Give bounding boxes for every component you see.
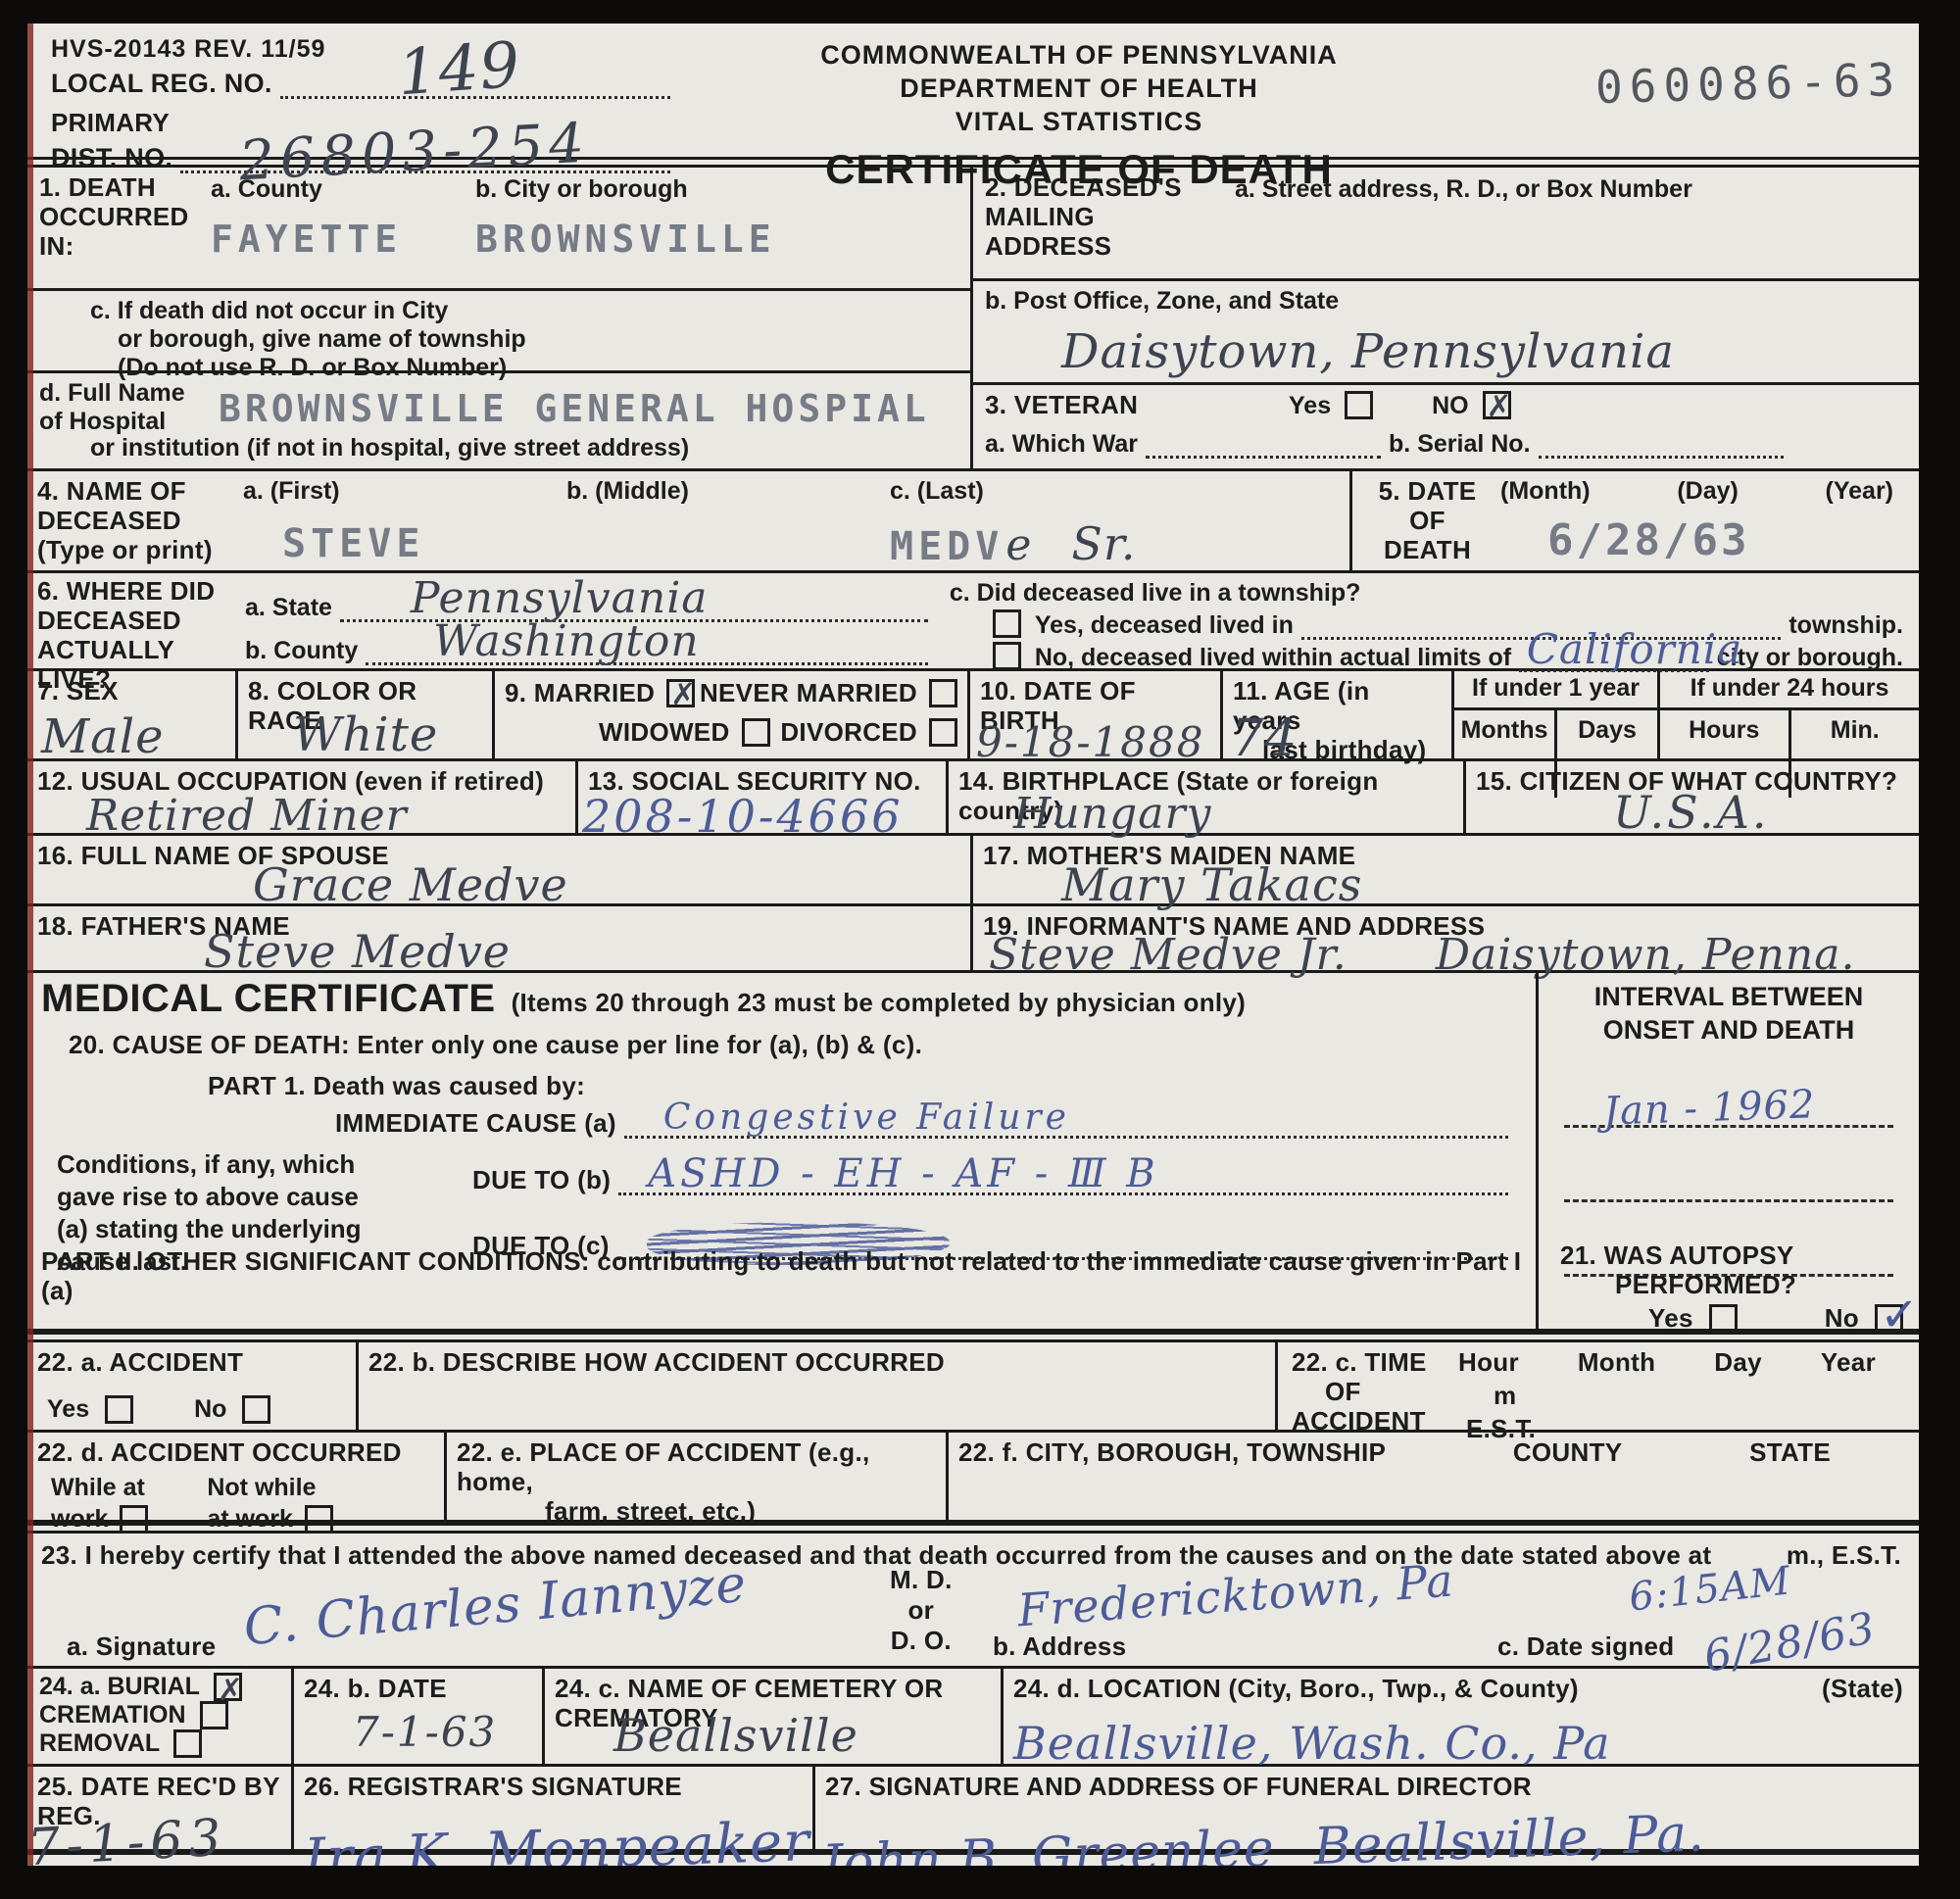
field-describe-accident: 22. b. DESCRIBE HOW ACCIDENT OCCURRED	[359, 1342, 1278, 1430]
value-registrar-signature: Ira K. Monpeaker	[303, 1810, 811, 1866]
header-right: 060086-63	[1480, 35, 1901, 157]
value-mother-maiden-name: Mary Takacs	[1061, 858, 1362, 911]
while-at-work-option: While at work	[51, 1472, 148, 1535]
time-headers: Hour Month Day Year	[1458, 1348, 1905, 1378]
date-of-death-grid: (Month) (Day) (Year) 6/28/63	[1489, 477, 1905, 564]
header-left: HVS-20143 REV. 11/59 LOCAL REG. NO. 149 …	[51, 35, 678, 157]
checkbox-accident-no	[242, 1395, 270, 1424]
value-funeral-director: John B. Greenlee Beallsville, Pa.	[820, 1804, 1705, 1866]
section-2-3-column: 2. DECEASED'S MAILING ADDRESS a. Street …	[973, 168, 1919, 468]
checkbox-veteran-yes	[1345, 391, 1373, 419]
value-post-office: Daisytown, Pennsylvania	[1061, 324, 1675, 379]
value-cemetery-location: Beallsville, Wash. Co., Pa	[1013, 1717, 1611, 1770]
value-county: FAYETTE	[211, 218, 475, 261]
label-county-residence: b. County	[245, 637, 358, 665]
which-war-line	[1146, 433, 1381, 459]
header: HVS-20143 REV. 11/59 LOCAL REG. NO. 149 …	[27, 24, 1919, 157]
section-1-2-3: 1. DEATH OCCURRED IN: a. County FAYETTE …	[27, 168, 1919, 471]
value-spouse: Grace Medve	[253, 858, 568, 911]
veteran-no: NO ✗	[1432, 391, 1511, 419]
field-middle-name: b. (Middle)	[566, 477, 890, 564]
label-burial-date: 24. b. DATE	[304, 1675, 532, 1704]
section-4-5: 4. NAME OF DECEASED (Type or print) a. (…	[27, 471, 1919, 573]
field-marital-status: 9. MARRIED ✗ NEVER MARRIED WIDOWED DIVOR…	[495, 671, 970, 758]
medical-certificate-block: MEDICAL CERTIFICATE (Items 20 through 23…	[27, 973, 1919, 1238]
label-md-do: M. D. or D. O.	[890, 1565, 953, 1657]
label-name-of-deceased: 4. NAME OF DECEASED (Type or print)	[37, 477, 243, 564]
field-accident-occurred: 22. d. ACCIDENT OCCURRED While at work N…	[27, 1433, 447, 1520]
label-township-question: c. Did deceased live in a township?	[950, 579, 1903, 608]
field-date-of-death: 5. DATE OF DEATH (Month) (Day) (Year) 6/…	[1352, 471, 1919, 570]
value-city-limits: California	[1527, 625, 1742, 673]
value-last-name: MEDV e Sr.	[890, 517, 1340, 570]
checkbox-removal	[173, 1729, 202, 1758]
field-county: a. County FAYETTE	[211, 173, 475, 282]
field-occupation: 12. USUAL OCCUPATION (even if retired) R…	[27, 761, 578, 833]
value-interval-a: Jan - 1962	[1602, 1082, 1816, 1135]
certificate-stamp-number: 060086-63	[1594, 53, 1902, 114]
section-6: 6. WHERE DID DECEASED ACTUALLY LIVE? a. …	[27, 573, 1919, 671]
checkbox-township-yes	[993, 609, 1021, 638]
label-time-of-accident: 22. c. TIME OF ACCIDENT	[1292, 1348, 1458, 1424]
field-date-received: 25. DATE REC'D BY REG. 7-1-63	[27, 1767, 294, 1849]
veteran-yes: Yes	[1289, 391, 1373, 419]
field-mailing-address: 2. DECEASED'S MAILING ADDRESS a. Street …	[973, 168, 1919, 281]
label-date-signed: c. Date signed	[1497, 1632, 1674, 1662]
label-county: a. County	[211, 175, 475, 204]
commonwealth-line: COMMONWEALTH OF PENNSYLVANIA	[678, 39, 1480, 73]
due-to-b-line: ASHD - EH - AF - Ⅲ B	[618, 1176, 1508, 1195]
burial-option: 24. a. BURIAL ✗	[39, 1673, 283, 1701]
section-25-27: 25. DATE REC'D BY REG. 7-1-63 26. REGIST…	[27, 1767, 1919, 1849]
checkbox-not-while-at-work	[305, 1505, 333, 1534]
field-burial-type: 24. a. BURIAL ✗ CREMATION REMOVAL	[27, 1669, 294, 1764]
label-m: m	[1494, 1382, 1905, 1411]
field-informant: 19. INFORMANT'S NAME AND ADDRESS Steve M…	[973, 906, 1919, 970]
label-m-est: m., E.S.T.	[1787, 1541, 1901, 1571]
township-no-line: California	[1519, 649, 1709, 672]
time-of-accident-grid: Hour Month Day Year m E.S.T.	[1458, 1348, 1905, 1424]
value-occupation: Retired Miner	[86, 791, 408, 841]
label-date-of-death: 5. DATE OF DEATH	[1366, 477, 1489, 564]
cremation-option: CREMATION	[39, 1701, 283, 1729]
not-while-at-work-option: Not while at work	[207, 1472, 333, 1535]
veteran-war-row: a. Which War b. Serial No.	[985, 430, 1907, 459]
label-autopsy: 21. WAS AUTOPSY PERFORMED?	[1560, 1242, 1903, 1300]
label-deceased-mailing: 2. DECEASED'S MAILING ADDRESS	[985, 173, 1235, 272]
township-yes-option: Yes, deceased lived in township.	[950, 609, 1903, 640]
label-registrar-signature: 26. REGISTRAR'S SIGNATURE	[304, 1773, 803, 1802]
local-reg-line: 149	[280, 68, 670, 99]
field-due-to-b: DUE TO (b) ASHD - EH - AF - Ⅲ B	[472, 1166, 1516, 1195]
local-reg-label: LOCAL REG. NO.	[51, 69, 272, 99]
label-city-borough: b. City or borough	[475, 175, 958, 204]
veteran-row: 3. VETERAN Yes NO ✗	[985, 391, 1907, 420]
field-sex: 7. SEX Male	[27, 671, 238, 758]
marital-row-1: 9. MARRIED ✗ NEVER MARRIED	[505, 679, 957, 708]
section-22-def: 22. d. ACCIDENT OCCURRED While at work N…	[27, 1433, 1919, 1523]
label-address: b. Address	[993, 1632, 1126, 1662]
label-where-lived: 6. WHERE DID DECEASED ACTUALLY LIVE?	[37, 577, 245, 664]
binding-red-line	[27, 24, 33, 1866]
divorced-option: DIVORCED	[780, 718, 957, 748]
serial-no-line	[1539, 433, 1784, 459]
field-funeral-director: 27. SIGNATURE AND ADDRESS OF FUNERAL DIR…	[815, 1767, 1919, 1849]
value-city-borough: BROWNSVILLE	[475, 218, 958, 261]
checkbox-while-at-work	[120, 1505, 148, 1534]
field-citizen: 15. CITIZEN OF WHAT COUNTRY? U.S.A.	[1466, 761, 1919, 833]
field-immediate-cause: IMMEDIATE CAUSE (a) Congestive Failure	[335, 1109, 1516, 1139]
field-father-name: 18. FATHER'S NAME Steve Medve	[27, 906, 973, 970]
value-burial-date: 7-1-63	[353, 1708, 497, 1756]
checkbox-township-no	[993, 642, 1021, 670]
interval-line-a: Jan - 1962	[1564, 1098, 1893, 1128]
section-22-abc: 22. a. ACCIDENT Yes No 22. b. DESCRIBE H…	[27, 1342, 1919, 1433]
section-12-15: 12. USUAL OCCUPATION (even if retired) R…	[27, 761, 1919, 836]
value-race: White	[293, 707, 438, 762]
field-name-of-deceased: 4. NAME OF DECEASED (Type or print) a. (…	[27, 471, 1352, 570]
label-under-1-year: If under 1 year	[1454, 671, 1657, 710]
local-reg-value: 149	[395, 29, 522, 111]
field-autopsy: 21. WAS AUTOPSY PERFORMED? Yes No ✓	[1539, 1238, 1919, 1329]
checkbox-married: ✗	[666, 679, 695, 707]
local-reg-row: LOCAL REG. NO. 149	[51, 68, 678, 99]
value-ssn: 208-10-4666	[582, 790, 904, 843]
residence-fields: a. State Pennsylvania b. County Washingt…	[245, 577, 936, 664]
label-sex: 7. SEX	[37, 677, 225, 706]
township-no-option: No, deceased lived within actual limits …	[950, 642, 1903, 672]
value-father-name: Steve Medve	[204, 925, 511, 978]
accident-city-headers: 22. f. CITY, BOROUGH, TOWNSHIP COUNTY ST…	[958, 1438, 1909, 1468]
field-registrar-signature: 26. REGISTRAR'S SIGNATURE Ira K. Monpeak…	[294, 1767, 815, 1849]
value-cemetery: Beallsville	[613, 1709, 858, 1762]
section-part2-21: PART II. OTHER SIGNIFICANT CONDITIONS: c…	[27, 1238, 1919, 1332]
field-city-borough: b. City or borough BROWNSVILLE	[475, 173, 958, 282]
label-funeral-director: 27. SIGNATURE AND ADDRESS OF FUNERAL DIR…	[825, 1773, 1909, 1802]
value-birthplace: Hungary	[1013, 789, 1211, 839]
value-sex: Male	[41, 709, 165, 764]
checkbox-veteran-no: ✗	[1483, 391, 1511, 419]
date-of-death-headers: (Month) (Day) (Year)	[1489, 477, 1905, 506]
label-cause-of-death: 20. CAUSE OF DEATH: Enter only one cause…	[69, 1031, 1536, 1060]
field-under-24-hours: If under 24 hours Hours Min.	[1660, 671, 1919, 758]
medical-certificate-left: MEDICAL CERTIFICATE (Items 20 through 23…	[27, 973, 1539, 1238]
label-serial-no: b. Serial No.	[1389, 430, 1530, 459]
label-post-office: b. Post Office, Zone, and State	[985, 287, 1907, 316]
label-hospital: d. Full Name of Hospital	[39, 379, 185, 436]
value-first-name: STEVE	[282, 521, 566, 566]
label-state: a. State	[245, 594, 332, 622]
label-middle-name: b. (Middle)	[566, 477, 890, 506]
value-hospital: BROWNSVILLE GENERAL HOSPIAL	[219, 387, 930, 430]
header-center: COMMONWEALTH OF PENNSYLVANIA DEPARTMENT …	[678, 35, 1480, 157]
field-cemetery: 24. c. NAME OF CEMETERY OR CREMATORY Bea…	[545, 1669, 1004, 1764]
label-signature: a. Signature	[67, 1632, 216, 1662]
marital-row-2: WIDOWED DIVORCED	[505, 718, 957, 748]
rule-pre-22	[27, 1332, 1919, 1342]
label-last-name: c. (Last)	[890, 477, 1340, 506]
field-birthplace: 14. BIRTHPLACE (State or foreign country…	[949, 761, 1466, 833]
label-first-name: a. (First)	[243, 477, 566, 506]
field-under-1-year: If under 1 year Months Days	[1454, 671, 1660, 758]
checkbox-burial: ✗	[214, 1673, 242, 1701]
field-county-residence: b. County Washington	[245, 622, 936, 665]
label-under-24-hours: If under 24 hours	[1660, 671, 1919, 710]
value-date-of-birth: 9-18-1888	[976, 718, 1204, 766]
form-number: HVS-20143 REV. 11/59	[51, 35, 678, 64]
checkbox-autopsy-no: ✓	[1875, 1304, 1903, 1333]
value-county-residence: Washington	[433, 616, 700, 666]
autopsy-options: Yes No ✓	[1648, 1304, 1903, 1334]
section-7-11: 7. SEX Male 8. COLOR OR RACE White 9. MA…	[27, 671, 1919, 761]
field-age: 11. AGE (in years last birthday) 74	[1223, 671, 1454, 758]
label-street-address: a. Street address, R. D., or Box Number	[1235, 173, 1907, 272]
label-veteran: 3. VETERAN	[985, 391, 1230, 420]
field-1c-township-note: c. If death did not occur in City or bor…	[27, 291, 970, 373]
widowed-option: WIDOWED	[599, 718, 770, 748]
field-last-name: c. (Last) MEDV e Sr.	[890, 477, 1340, 564]
accident-occurred-options: While at work Not while at work	[51, 1472, 434, 1535]
value-due-to-b: ASHD - EH - AF - Ⅲ B	[648, 1151, 1158, 1196]
field-time-of-accident: 22. c. TIME OF ACCIDENT Hour Month Day Y…	[1278, 1342, 1919, 1430]
field-burial-date: 24. b. DATE 7-1-63	[294, 1669, 545, 1764]
section-23: 23. I hereby certify that I attended the…	[27, 1534, 1919, 1669]
value-immediate-cause: Congestive Failure	[663, 1097, 1070, 1138]
label-accident: 22. a. ACCIDENT	[37, 1348, 346, 1378]
county-line: Washington	[366, 642, 928, 665]
checkbox-never-married	[929, 679, 957, 707]
medical-certificate-title: MEDICAL CERTIFICATE	[41, 977, 496, 1021]
department-line: DEPARTMENT OF HEALTH	[678, 73, 1480, 106]
field-place-of-accident: 22. e. PLACE OF ACCIDENT (e.g., home, fa…	[447, 1433, 949, 1520]
section-18-19: 18. FATHER'S NAME Steve Medve 19. INFORM…	[27, 906, 1919, 973]
field-race: 8. COLOR OR RACE White	[238, 671, 495, 758]
label-interval: INTERVAL BETWEEN ONSET AND DEATH	[1539, 981, 1919, 1047]
field-cemetery-location: 24. d. LOCATION (City, Boro., Twp., & Co…	[1004, 1669, 1919, 1764]
checkbox-divorced	[929, 718, 957, 747]
vital-statistics-line: VITAL STATISTICS	[678, 106, 1480, 139]
physician-signature: C. Charles Iannyze	[241, 1555, 749, 1658]
label-accident-occurred: 22. d. ACCIDENT OCCURRED	[37, 1438, 434, 1468]
label-immediate-cause: IMMEDIATE CAUSE (a)	[335, 1109, 616, 1139]
label-which-war: a. Which War	[985, 430, 1138, 459]
medical-certificate-title-row: MEDICAL CERTIFICATE (Items 20 through 23…	[41, 977, 1536, 1021]
label-hospital-note: or institution (if not in hospital, give…	[90, 434, 689, 463]
field-post-office: b. Post Office, Zone, and State Daisytow…	[973, 281, 1919, 385]
checkbox-widowed	[742, 718, 770, 747]
interval-column: INTERVAL BETWEEN ONSET AND DEATH Jan - 1…	[1539, 973, 1919, 1238]
married-option: 9. MARRIED ✗	[505, 679, 695, 708]
section-1-column: 1. DEATH OCCURRED IN: a. County FAYETTE …	[27, 168, 973, 468]
field-veteran: 3. VETERAN Yes NO ✗ a. Which War b. Seri…	[973, 385, 1919, 468]
label-cemetery-location: 24. d. LOCATION (City, Boro., Twp., & Co…	[1013, 1675, 1909, 1704]
value-date-of-death: 6/28/63	[1547, 515, 1905, 565]
never-married-option: NEVER MARRIED	[700, 679, 957, 708]
checkbox-autopsy-yes	[1709, 1304, 1738, 1333]
interval-line-b	[1564, 1173, 1893, 1202]
field-date-of-birth: 10. DATE OF BIRTH 9-18-1888	[970, 671, 1223, 758]
field-township-question: c. Did deceased live in a township? Yes,…	[936, 577, 1909, 664]
label-place-of-accident: 22. e. PLACE OF ACCIDENT (e.g., home, fa…	[457, 1438, 936, 1527]
accident-options: Yes No	[47, 1395, 346, 1424]
field-first-name: a. (First) STEVE	[243, 477, 566, 564]
section-24: 24. a. BURIAL ✗ CREMATION REMOVAL 24. b.…	[27, 1669, 1919, 1767]
value-date-received: 7-1-63	[27, 1809, 228, 1866]
field-1ab: 1. DEATH OCCURRED IN: a. County FAYETTE …	[27, 168, 970, 291]
label-describe-accident: 22. b. DESCRIBE HOW ACCIDENT OCCURRED	[368, 1348, 1265, 1378]
checkbox-cremation	[200, 1701, 228, 1729]
value-age: 74	[1231, 709, 1298, 768]
field-accident: 22. a. ACCIDENT Yes No	[27, 1342, 359, 1430]
label-death-occurred: 1. DEATH OCCURRED IN:	[39, 173, 211, 282]
death-certificate-document: HVS-20143 REV. 11/59 LOCAL REG. NO. 149 …	[27, 24, 1919, 1866]
value-citizen: U.S.A.	[1613, 786, 1770, 839]
field-accident-city: 22. f. CITY, BOROUGH, TOWNSHIP COUNTY ST…	[949, 1433, 1919, 1520]
field-mother-maiden-name: 17. MOTHER'S MAIDEN NAME Mary Takacs	[973, 836, 1919, 903]
immediate-cause-line: Congestive Failure	[624, 1117, 1508, 1139]
field-hospital-name: d. Full Name of Hospital BROWNSVILLE GEN…	[27, 373, 970, 468]
section-16-17: 16. FULL NAME OF SPOUSE Grace Medve 17. …	[27, 836, 1919, 906]
field-residence: 6. WHERE DID DECEASED ACTUALLY LIVE? a. …	[27, 573, 1919, 668]
removal-option: REMOVAL	[39, 1729, 283, 1758]
label-due-to-b: DUE TO (b)	[472, 1166, 611, 1195]
label-part-2: PART II. OTHER SIGNIFICANT CONDITIONS: c…	[27, 1238, 1539, 1329]
label-certify: 23. I hereby certify that I attended the…	[41, 1540, 1711, 1570]
field-certification: 23. I hereby certify that I attended the…	[27, 1534, 1919, 1666]
medical-certificate-subtitle: (Items 20 through 23 must be completed b…	[512, 989, 1247, 1018]
field-ssn: 13. SOCIAL SECURITY NO. 208-10-4666	[578, 761, 949, 833]
field-spouse: 16. FULL NAME OF SPOUSE Grace Medve	[27, 836, 973, 903]
checkbox-accident-yes	[105, 1395, 133, 1424]
